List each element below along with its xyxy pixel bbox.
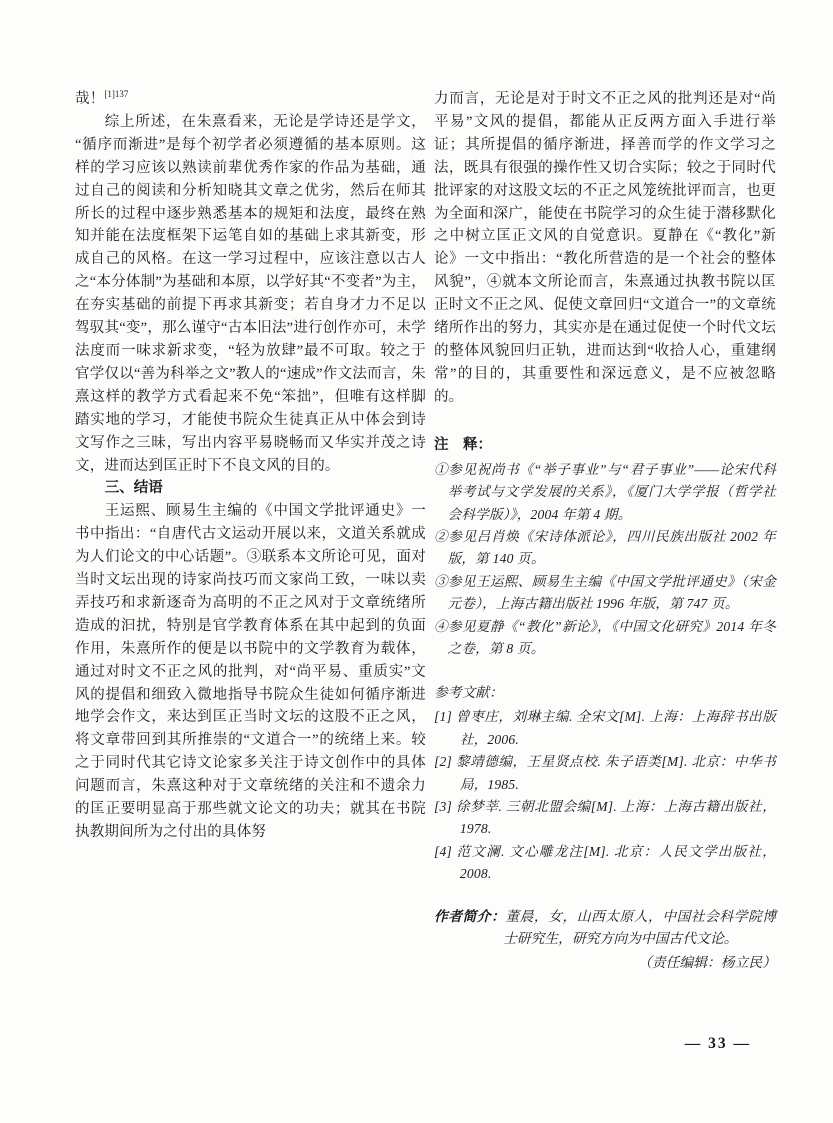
references-heading: 参考文献：	[434, 681, 776, 704]
two-column-content: 哉！[1]137 综上所述，在朱熹看来，无论是学诗还是学文，“循序而渐进”是每个…	[75, 88, 776, 974]
reference-item-2: [2] 黎靖德编，王星贤点校. 朱子语类[M]. 北京：中华书局，1985.	[434, 751, 776, 796]
note-item-2: ②参见吕肖焕《宋诗体派论》，四川民族出版社 2002 年版，第 140 页。	[434, 526, 776, 571]
right-column: 力而言，无论是对于时文不正之风的批判还是对“尚平易”文风的提倡，都能从正反两方面…	[434, 88, 776, 974]
notes-heading: 注 释：	[434, 434, 776, 457]
reference-item-1: [1] 曾枣庄，刘琳主编. 全宋文[M]. 上海：上海辞书出版社，2006.	[434, 706, 776, 751]
carryover-paragraph: 哉！[1]137	[75, 88, 426, 111]
note-item-3: ③参见王运熙、顾易生主编《中国文学批评通史》（宋金元卷），上海古籍出版社 199…	[434, 571, 776, 616]
body-paragraph-summary: 综上所述，在朱熹看来，无论是学诗还是学文，“循序而渐进”是每个初学者必须遵循的基…	[75, 111, 426, 478]
author-bio-label: 作者简介：	[434, 909, 505, 924]
note-item-4: ④参见夏静《“教化”新论》，《中国文化研究》2014 年冬之卷，第 8 页。	[434, 616, 776, 661]
notes-section: 注 释： ①参见祝尚书《“举子事业”与“君子事业”——论宋代科举考试与文学发展的…	[434, 434, 776, 661]
body-paragraph-conclusion: 王运熙、顾易生主编的《中国文学批评通史》一书中指出：“自唐代古文运动开展以来，文…	[75, 500, 426, 844]
author-bio: 作者简介：董晨，女，山西太原人，中国社会科学院博士研究生，研究方向为中国古代文论…	[434, 906, 776, 951]
body-paragraph-continued: 力而言，无论是对于时文不正之风的批判还是对“尚平易”文风的提倡，都能从正反两方面…	[434, 88, 776, 409]
section-heading-conclusion: 三、结语	[75, 477, 426, 500]
note-item-1: ①参见祝尚书《“举子事业”与“君子事业”——论宋代科举考试与文学发展的关系》，《…	[434, 459, 776, 526]
carryover-text: 哉！	[75, 91, 104, 107]
page-number: — 33 —	[685, 1035, 751, 1053]
left-column: 哉！[1]137 综上所述，在朱熹看来，无论是学诗还是学文，“循序而渐进”是每个…	[75, 88, 426, 974]
responsible-editor: （责任编辑：杨立民）	[434, 952, 776, 975]
paper-page: 哉！[1]137 综上所述，在朱熹看来，无论是学诗还是学文，“循序而渐进”是每个…	[0, 0, 833, 1123]
reference-item-4: [4] 范文澜. 文心雕龙注[M]. 北京：人民文学出版社，2008.	[434, 841, 776, 886]
author-bio-text: 董晨，女，山西太原人，中国社会科学院博士研究生，研究方向为中国古代文论。	[503, 909, 776, 947]
references-section: 参考文献： [1] 曾枣庄，刘琳主编. 全宋文[M]. 上海：上海辞书出版社，2…	[434, 681, 776, 885]
reference-item-3: [3] 徐梦莘. 三朝北盟会编[M]. 上海：上海古籍出版社，1978.	[434, 796, 776, 841]
citation-superscript: [1]137	[104, 89, 128, 99]
